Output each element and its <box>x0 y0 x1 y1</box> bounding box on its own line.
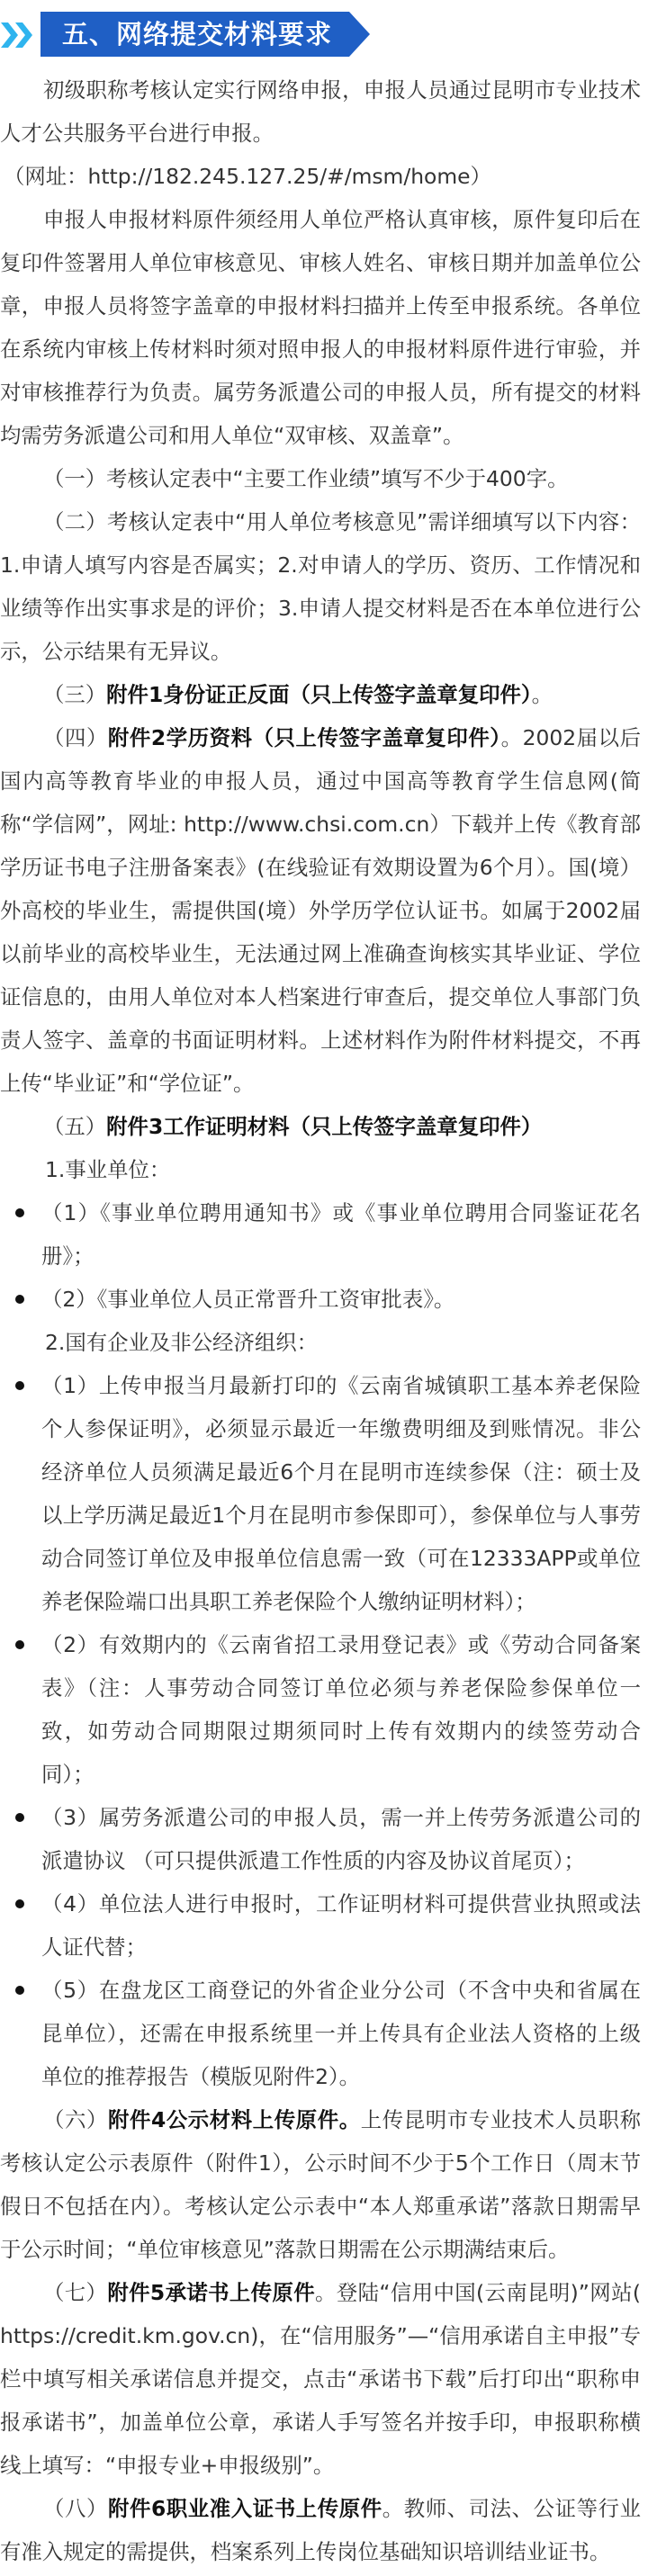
article-body: 初级职称考核认定实行网络申报，申报人员通过昆明市专业技术人才公共服务平台进行申报… <box>0 68 641 2573</box>
item-three-prefix: （三） <box>43 682 106 707</box>
item-five-title: 附件3工作证明材料（只上传签字盖章复印件） <box>106 1114 542 1139</box>
list-item-text: （1）《事业单位聘用通知书》或《事业单位聘用合同鉴证花名册》； <box>41 1200 641 1269</box>
item-five: （五）附件3工作证明材料（只上传签字盖章复印件） <box>0 1105 641 1148</box>
item-three-suffix: 。 <box>532 682 553 707</box>
item-six-prefix: （六） <box>43 2107 108 2132</box>
list-item-text: （3）属劳务派遣公司的申报人员，需一并上传劳务派遣公司的派遣协议 （可只提供派遣… <box>41 1805 641 1873</box>
item-six: （六）附件4公示材料上传原件。上传昆明市专业技术人员职称考核认定公示表原件（附件… <box>0 2098 641 2271</box>
item-five-prefix: （五） <box>43 1114 106 1139</box>
list-item-text: （2）《事业单位人员正常晋升工资审批表》。 <box>41 1287 454 1312</box>
section-title-banner: 五、网络提交材料要求 <box>40 12 370 57</box>
list-item: （2）《事业单位人员正常晋升工资审批表》。 <box>0 1278 641 1321</box>
item-six-title: 附件4公示材料上传原件。 <box>108 2107 361 2132</box>
list-item-text: （4）单位法人进行申报时，工作证明材料可提供营业执照或法人证代替； <box>41 1891 641 1960</box>
item-two: （二）考核认定表中“用人单位考核意见”需详细填写以下内容：1.申请人填写内容是否… <box>0 500 641 673</box>
section-title: 五、网络提交材料要求 <box>62 12 332 57</box>
item-one: （一）考核认定表中“主要工作业绩”填写不少于400字。 <box>0 457 641 500</box>
bullet-icon <box>15 1208 24 1217</box>
item-four-prefix: （四） <box>43 725 108 750</box>
list-item-text: （2）有效期内的《云南省招工录用登记表》或《劳动合同备案表》（注：人事劳动合同签… <box>41 1632 641 1787</box>
item-four-body: 。2002届以后国内高等教育毕业的申报人员，通过中国高等教育学生信息网(简称“学… <box>0 725 641 1096</box>
item-seven-body: 。登陆“信用中国(云南昆明)”网站( https://credit.km.gov… <box>0 2280 641 2478</box>
item-three-title: 附件1身份证正反面（只上传签字盖章复印件） <box>106 682 531 707</box>
item-eight-title: 附件6职业准入证书上传原件 <box>108 2496 382 2521</box>
list-item: （4）单位法人进行申报时，工作证明材料可提供营业执照或法人证代替； <box>0 1882 641 1969</box>
double-chevron-right-icon <box>1 22 35 48</box>
list-item: （5）在盘龙区工商登记的外省企业分公司（不含中央和省属在昆单位），还需在申报系统… <box>0 1969 641 2098</box>
bullet-icon <box>15 1381 24 1390</box>
item-three: （三）附件1身份证正反面（只上传签字盖章复印件）。 <box>0 673 641 716</box>
list-item: （1）《事业单位聘用通知书》或《事业单位聘用合同鉴证花名册》； <box>0 1191 641 1278</box>
item-four-title: 附件2学历资料（只上传签字盖章复印件） <box>108 725 501 750</box>
intro-paragraph: 初级职称考核认定实行网络申报，申报人员通过昆明市专业技术人才公共服务平台进行申报… <box>0 68 641 155</box>
item-eight-prefix: （八） <box>43 2496 108 2521</box>
list-item-text: （5）在盘龙区工商登记的外省企业分公司（不含中央和省属在昆单位），还需在申报系统… <box>41 1978 641 2089</box>
item-seven-title: 附件5承诺书上传原件 <box>107 2280 315 2305</box>
list-item: （1）上传申报当月最新打印的《云南省城镇职工基本养老保险个人参保证明》，必须显示… <box>0 1364 641 1623</box>
list-item: （3）属劳务派遣公司的申报人员，需一并上传劳务派遣公司的派遣协议 （可只提供派遣… <box>0 1796 641 1882</box>
bullet-icon <box>15 1813 24 1822</box>
enterprise-heading: 2.国有企业及非公经济组织： <box>0 1321 641 1364</box>
review-paragraph: 申报人申报材料原件须经用人单位严格认真审核，原件复印后在复印件签署用人单位审核意… <box>0 198 641 457</box>
item-four: （四）附件2学历资料（只上传签字盖章复印件）。2002届以后国内高等教育毕业的申… <box>0 716 641 1105</box>
section-header: 五、网络提交材料要求 <box>0 12 378 57</box>
bullet-icon <box>15 1295 24 1304</box>
bullet-icon <box>15 1899 24 1908</box>
item-seven-prefix: （七） <box>43 2280 107 2305</box>
public-institution-heading: 1.事业单位： <box>0 1148 641 1191</box>
bullet-icon <box>15 1640 24 1649</box>
item-seven: （七）附件5承诺书上传原件。登陆“信用中国(云南昆明)”网站( https://… <box>0 2271 641 2487</box>
bullet-icon <box>15 1986 24 1995</box>
list-item: （2）有效期内的《云南省招工录用登记表》或《劳动合同备案表》（注：人事劳动合同签… <box>0 1623 641 1796</box>
item-eight: （八）附件6职业准入证书上传原件。教师、司法、公证等行业有准入规定的需提供，档案… <box>0 2487 641 2573</box>
list-item-text: （1）上传申报当月最新打印的《云南省城镇职工基本养老保险个人参保证明》，必须显示… <box>41 1373 641 1614</box>
platform-url: （网址：http://182.245.127.25/#/msm/home） <box>0 155 641 198</box>
